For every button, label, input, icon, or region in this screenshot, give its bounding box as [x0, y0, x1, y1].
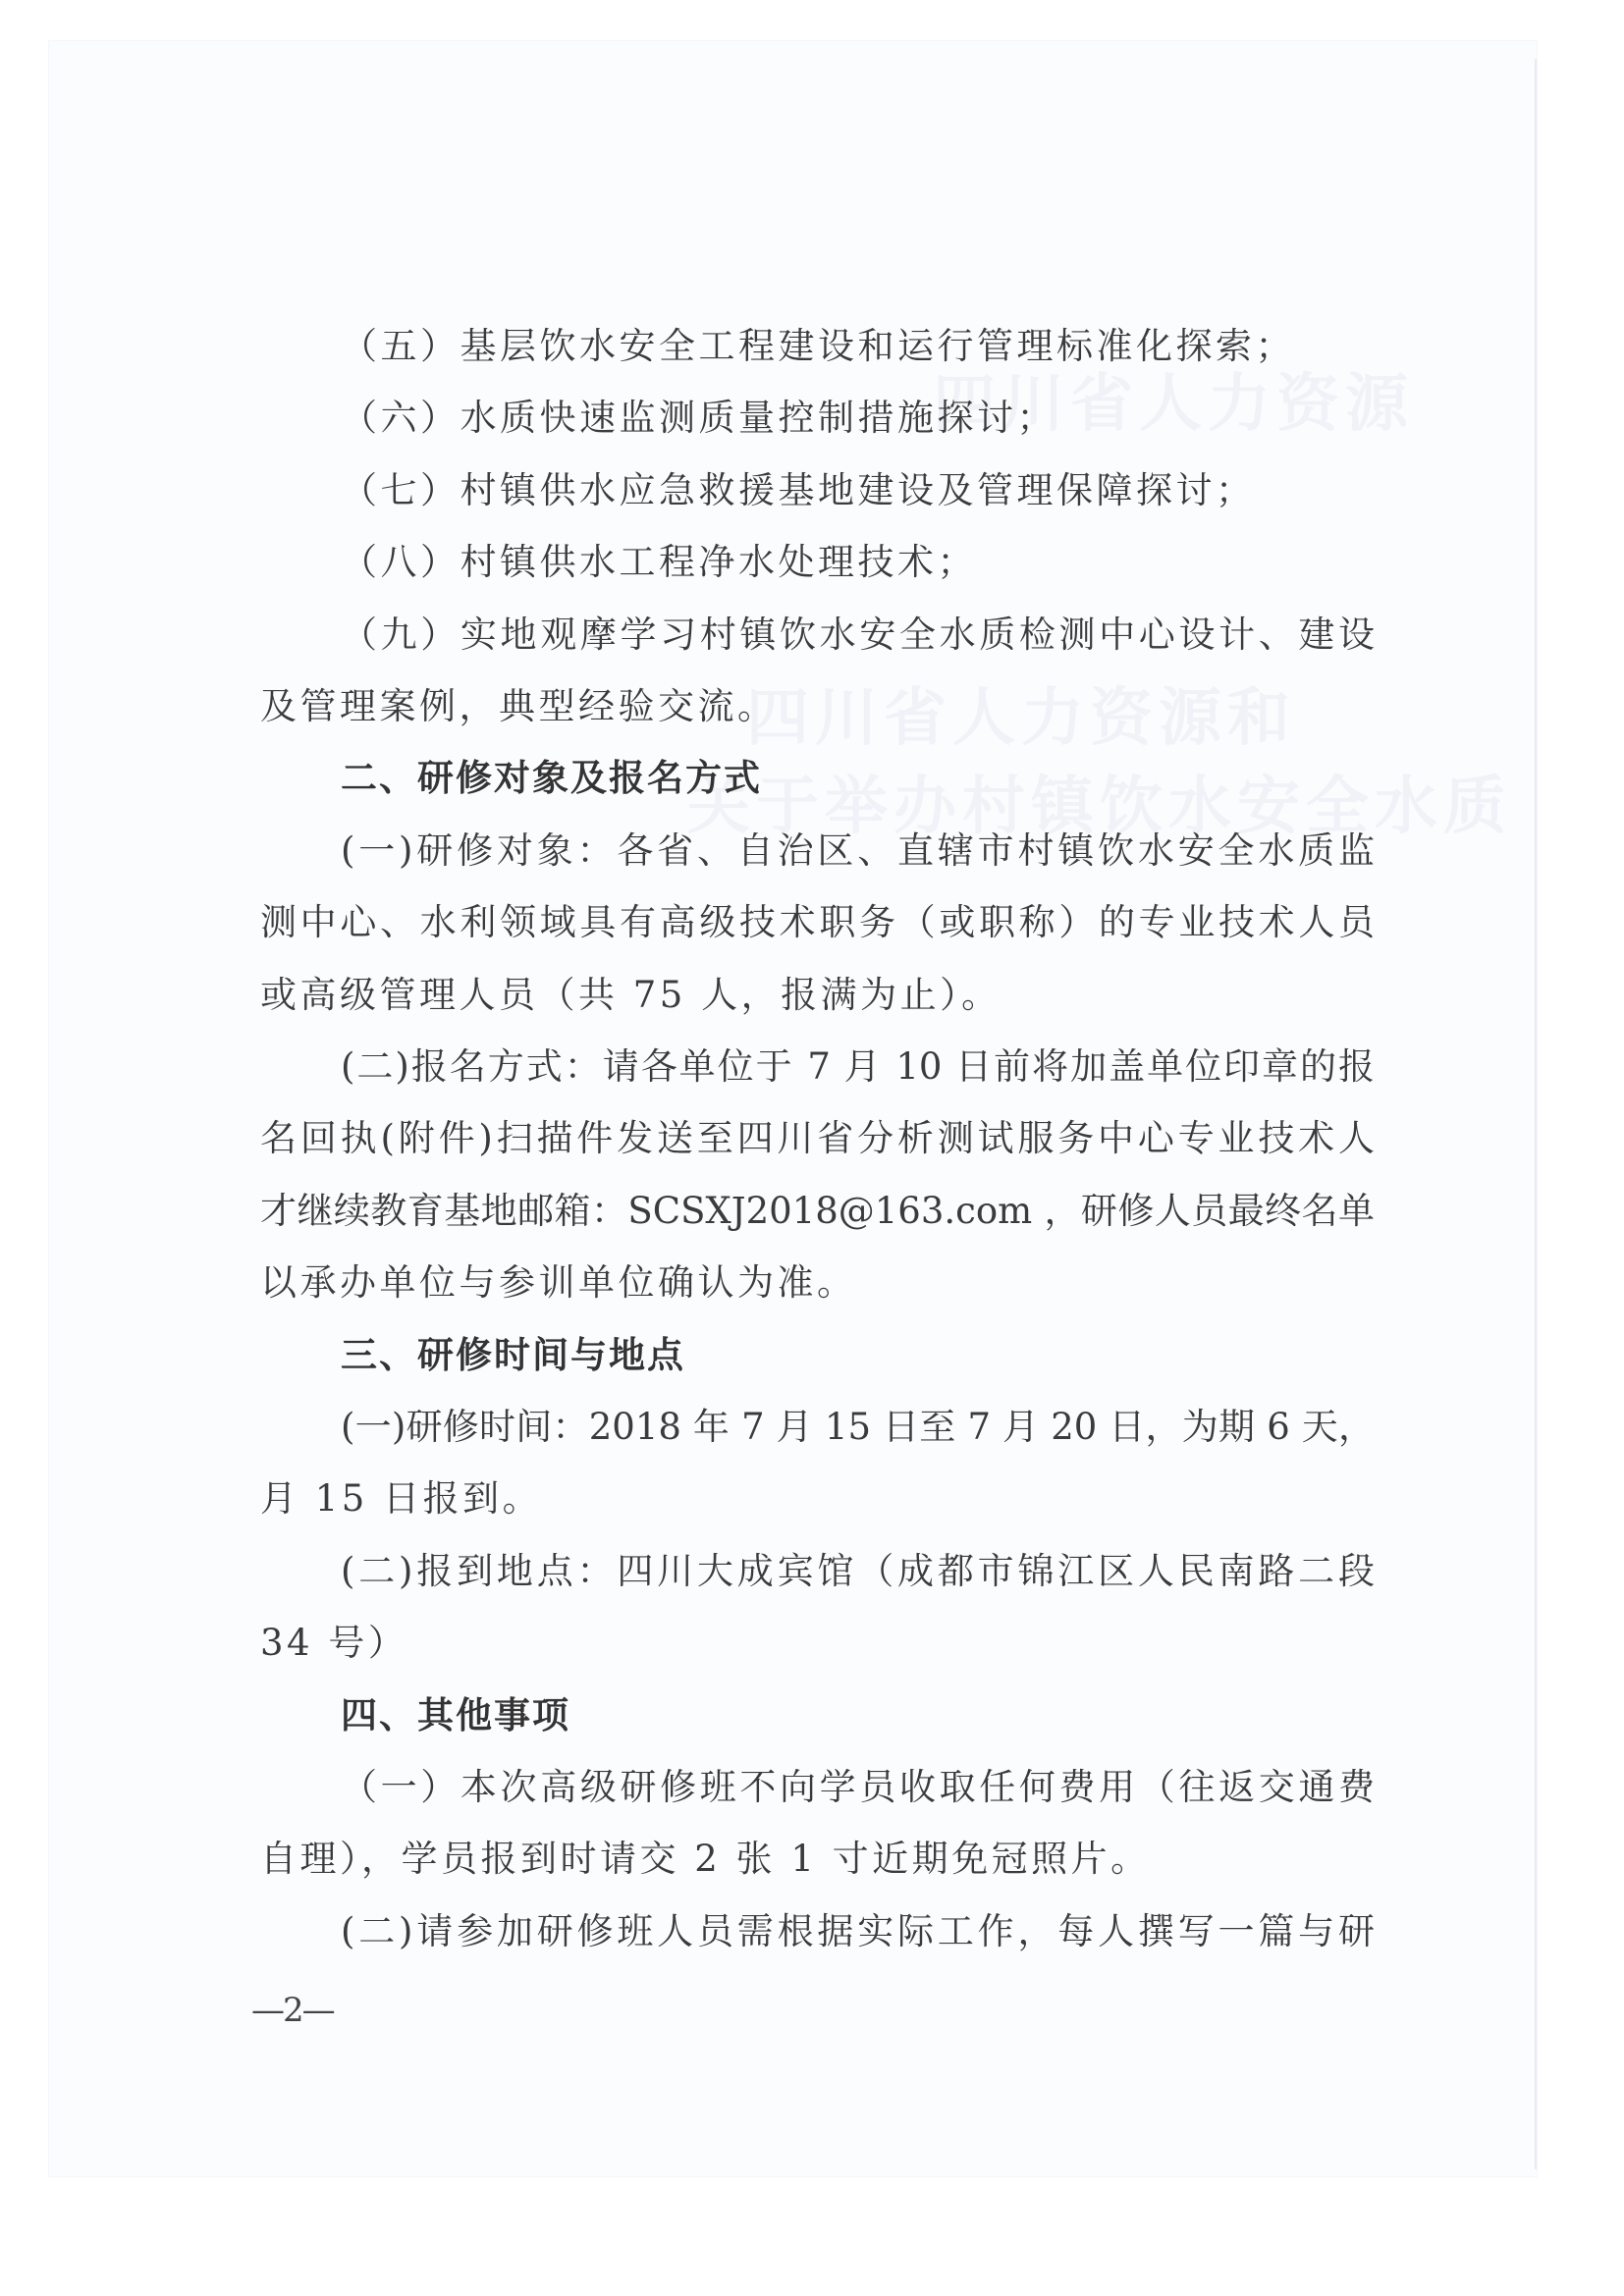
body-line: (二)报名方式：请各单位于 7 月 10 日前将加盖单位印章的报 — [341, 1042, 1375, 1092]
section-heading: 四、其他事项 — [341, 1691, 1375, 1740]
body-line: 及管理案例，典型经验交流。 — [260, 682, 1375, 731]
body-line: (二)请参加研修班人员需根据实际工作，每人撰写一篇与研 — [341, 1907, 1375, 1956]
body-line: 测中心、水利领域具有高级技术职务（或职称）的专业技术人员 — [260, 898, 1375, 947]
body-line: 34 号） — [260, 1619, 1375, 1668]
scan-edge — [1535, 59, 1537, 2169]
body-line: （五）基层饮水安全工程建设和运行管理标准化探索； — [341, 322, 1375, 371]
body-line: 名回执(附件)扫描件发送至四川省分析测试服务中心专业技术人 — [260, 1114, 1375, 1163]
body-line: 或高级管理人员（共 75 人，报满为止）。 — [260, 971, 1375, 1020]
page-number: —2— — [251, 1993, 334, 2028]
body-line: （八）村镇供水工程净水处理技术； — [341, 538, 1375, 587]
section-heading: 三、研修时间与地点 — [341, 1331, 1375, 1380]
body-line: (一)研修对象：各省、自治区、直辖市村镇饮水安全水质监 — [341, 827, 1375, 876]
body-line: （一）本次高级研修班不向学员收取任何费用（往返交通费 — [341, 1763, 1375, 1812]
body-line: （六）水质快速监测质量控制措施探讨； — [341, 394, 1375, 443]
section-heading: 二、研修对象及报名方式 — [341, 754, 1375, 803]
email-line: 才继续教育基地邮箱：SCSXJ2018@163.com ，研修人员最终名单 — [260, 1187, 1375, 1236]
body-line: (一)研修时间：2018 年 7 月 15 日至 7 月 20 日，为期 6 天… — [341, 1403, 1375, 1452]
body-line: 自理），学员报到时请交 2 张 1 寸近期免冠照片。 — [260, 1835, 1375, 1884]
body-line: （九）实地观摩学习村镇饮水安全水质检测中心设计、建设 — [341, 611, 1375, 660]
body-line: 以承办单位与参训单位确认为准。 — [260, 1258, 1375, 1308]
body-line: （七）村镇供水应急救援基地建设及管理保障探讨； — [341, 466, 1375, 515]
body-line: 月 15 日报到。 — [260, 1474, 1375, 1523]
body-line: (二)报到地点：四川大成宾馆（成都市锦江区人民南路二段 — [341, 1547, 1375, 1596]
